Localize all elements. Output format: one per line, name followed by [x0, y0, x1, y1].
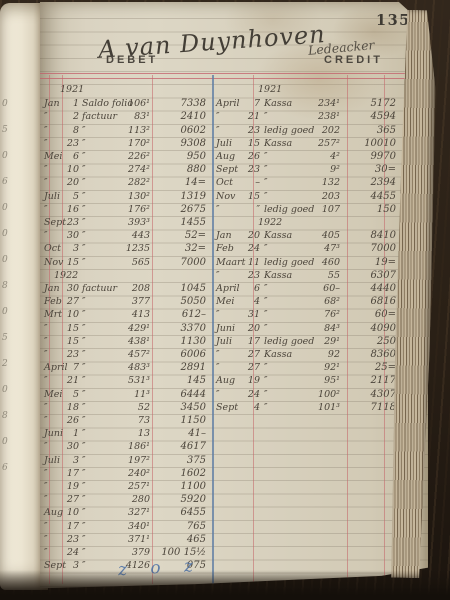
day-cell: 5 [64, 390, 79, 400]
day-cell: 4 [246, 403, 260, 413]
month-cell: Feb [216, 244, 250, 254]
description-cell: ″ [264, 178, 268, 188]
amount-cell: 1100 [148, 482, 206, 492]
spine-edge-digit: 8 [2, 281, 16, 291]
folio-cell: 565 [98, 258, 150, 268]
description-cell: ″ [264, 363, 268, 373]
description-cell: ″ [82, 218, 86, 228]
description-cell: ″ [82, 508, 86, 518]
description-cell: ″ [82, 350, 86, 360]
spine-edge-digit: 6 [2, 463, 16, 473]
description-cell: Kassa [264, 350, 292, 360]
header-rule-top [40, 73, 428, 74]
credit-column-label: CREDIT [324, 54, 383, 66]
amount-cell: 6006 [148, 350, 206, 360]
ledger-row: Juni1″1341– [42, 426, 212, 439]
day-cell: 23 [246, 271, 260, 281]
day-cell: 10 [64, 508, 79, 518]
description-cell: ″ [82, 363, 86, 373]
description-cell: ″ [82, 495, 86, 505]
description-cell: ″ [264, 310, 268, 320]
description-cell: ″ [82, 456, 86, 466]
description-cell: ″ [82, 310, 86, 320]
spine-edge-digit: 6 [2, 177, 16, 187]
amount-cell: 7000 [340, 244, 396, 254]
folio-cell: 413 [98, 310, 150, 320]
day-cell: ″ [246, 205, 260, 215]
description-cell: ″ [82, 178, 86, 188]
amount-cell: 0602 [148, 126, 206, 136]
amount-cell: 7118 [340, 403, 396, 413]
amount-cell: 9308 [148, 139, 206, 149]
day-cell: 23 [64, 139, 79, 149]
ledger-row: Jan1Saldo folio106¹7338 [42, 96, 212, 109]
amount-cell: 7338 [148, 99, 206, 109]
day-cell: 27 [246, 363, 260, 373]
folio-cell: 132 [294, 178, 340, 188]
debet-year-label: 1921 [60, 84, 84, 95]
folio-cell: 429¹ [98, 324, 150, 334]
day-cell: – [246, 178, 260, 188]
day-cell: 15 [246, 192, 260, 202]
ledger-row: Nov15″5657000 [42, 254, 212, 267]
month-cell: ″ [216, 205, 250, 215]
ledger-row: ″″ledig goed107150 [212, 202, 398, 215]
month-cell: Jan [216, 231, 250, 241]
day-cell: 6 [246, 284, 260, 294]
amount-cell: 1150 [148, 416, 206, 426]
day-cell: 20 [246, 324, 260, 334]
folio-cell: 106¹ [98, 99, 150, 109]
day-cell: 30 [64, 284, 79, 294]
amount-cell: 250 [340, 337, 396, 347]
folio-cell: 460 [294, 258, 340, 268]
ledger-row: Oct–″1322394 [212, 175, 398, 188]
day-cell: 17 [246, 337, 260, 347]
folio-cell: 240² [98, 469, 150, 479]
day-cell: 3 [64, 244, 79, 254]
folio-cell: 101³ [294, 403, 340, 413]
amount-cell: 52= [148, 231, 206, 241]
amount-cell: 612– [148, 310, 206, 320]
ledger-row: April7″483³2891 [42, 360, 212, 373]
description-cell: ″ [264, 152, 268, 162]
page-number: 135 [376, 12, 411, 29]
month-cell: Nov [216, 192, 250, 202]
spine-edge-digit: 0 [2, 99, 16, 109]
folio-cell: 438¹ [98, 337, 150, 347]
folio-cell: 9² [294, 165, 340, 175]
folio-cell: 208 [98, 284, 150, 294]
ledger-row: Mei4″68²6816 [212, 294, 398, 307]
folio-cell: 55 [294, 271, 340, 281]
folio-cell: 238¹ [294, 112, 340, 122]
ledger-row: April6″60–4440 [212, 281, 398, 294]
folio-cell: 95¹ [294, 376, 340, 386]
spine-edge-digit: 8 [2, 411, 16, 421]
ledger-row: Aug26″4²9970 [212, 149, 398, 162]
description-cell: ″ [82, 376, 86, 386]
ledger-row: Maart11ledig goed46019= [212, 254, 398, 267]
folio-cell: 76² [294, 310, 340, 320]
ledger-row: Aug10″327¹6455 [42, 505, 212, 518]
month-cell: ″ [216, 126, 250, 136]
amount-cell: 465 [148, 535, 206, 545]
amount-cell: 2394 [340, 178, 396, 188]
spine-edge-digit: 0 [2, 203, 16, 213]
month-cell: ″ [216, 271, 250, 281]
folio-cell: 257¹ [98, 482, 150, 492]
description-cell: ″ [82, 416, 86, 426]
day-cell: 27 [64, 495, 79, 505]
month-cell: Maart [216, 258, 250, 268]
folio-cell: 186¹ [98, 442, 150, 452]
day-cell: 17 [64, 469, 79, 479]
amount-cell: 1319 [148, 192, 206, 202]
day-cell: 26 [246, 152, 260, 162]
ledger-row: ″21″238¹4594 [212, 109, 398, 122]
description-cell: ″ [82, 258, 86, 268]
folio-cell: 11³ [98, 390, 150, 400]
day-cell: 5 [64, 192, 79, 202]
description-cell: ″ [264, 284, 268, 294]
ledger-row: ″18″523450 [42, 400, 212, 413]
ledger-row: Sept23″9²30= [212, 162, 398, 175]
ledger-row: ″23″371¹465 [42, 532, 212, 545]
ledger-photo: 050600080520806 135 A van Duynhoven Lede… [0, 0, 450, 600]
spine-edge-digit: 5 [2, 125, 16, 135]
day-cell: 19 [246, 376, 260, 386]
amount-cell: 5172 [340, 99, 396, 109]
description-cell: ″ [82, 469, 86, 479]
folio-cell: 60– [294, 284, 340, 294]
ledger-row: ″23″170²9308 [42, 136, 212, 149]
amount-cell: 2891 [148, 363, 206, 373]
amount-cell: 2410 [148, 112, 206, 122]
description-cell: ″ [82, 390, 86, 400]
ledger-row: ″19″257¹1100 [42, 479, 212, 492]
day-cell: 23 [64, 218, 79, 228]
description-cell: Kassa [264, 231, 292, 241]
day-cell: 27 [64, 297, 79, 307]
folio-cell: 443 [98, 231, 150, 241]
ledger-row: Sept4″101³7118 [212, 400, 398, 413]
folio-cell: 457² [98, 350, 150, 360]
day-cell: 10 [64, 165, 79, 175]
amount-cell: 375 [148, 456, 206, 466]
month-cell: Aug [216, 152, 250, 162]
day-cell: 27 [246, 350, 260, 360]
amount-cell: 7000 [148, 258, 206, 268]
description-cell: ″ [264, 112, 268, 122]
folio-cell: 226² [98, 152, 150, 162]
day-cell: 10 [64, 310, 79, 320]
amount-cell: 2675 [148, 205, 206, 215]
description-cell: ″ [264, 390, 268, 400]
credit-year-label: 1921 [258, 84, 282, 95]
folio-cell: 327¹ [98, 508, 150, 518]
day-cell: 26 [64, 416, 79, 426]
description-cell: ″ [264, 244, 268, 254]
day-cell: 21 [246, 112, 260, 122]
ledger-row: Juli5″130²1319 [42, 188, 212, 201]
description-cell: ″ [264, 324, 268, 334]
amount-cell: 1045 [148, 284, 206, 294]
ledger-row: ″27Kassa928360 [212, 347, 398, 360]
amount-cell: 8410 [340, 231, 396, 241]
amount-cell: 6816 [340, 297, 396, 307]
amount-cell: 5920 [148, 495, 206, 505]
month-cell: April [216, 284, 250, 294]
folio-cell: 47³ [294, 244, 340, 254]
ledger-row: ″15″438¹1130 [42, 334, 212, 347]
description-cell: ″ [264, 297, 268, 307]
folio-cell: 83¹ [98, 112, 150, 122]
folio-cell: 130² [98, 192, 150, 202]
folio-cell: 107 [294, 205, 340, 215]
spine-edge-digit: 5 [2, 333, 16, 343]
ledger-row: ″17″240²1602 [42, 466, 212, 479]
folio-cell: 68² [294, 297, 340, 307]
amount-cell: 4594 [340, 112, 396, 122]
folio-cell: 377 [98, 297, 150, 307]
description-cell: ″ [264, 376, 268, 386]
folio-cell: 1235 [98, 244, 150, 254]
header-rule-bottom [40, 78, 428, 79]
amount-cell: 4617 [148, 442, 206, 452]
month-cell: Mei [216, 297, 250, 307]
month-cell: ″ [216, 390, 250, 400]
ledger-row: Juli17ledig goed29¹250 [212, 334, 398, 347]
amount-cell: 4307 [340, 390, 396, 400]
amount-cell: 950 [148, 152, 206, 162]
amount-cell: 4455 [340, 192, 396, 202]
day-cell: 30 [64, 231, 79, 241]
amount-cell: 150 [340, 205, 396, 215]
amount-cell: 32= [148, 244, 206, 254]
description-cell: ″ [82, 482, 86, 492]
day-cell: 23 [246, 126, 260, 136]
day-cell: 24 [64, 548, 79, 558]
day-cell: 24 [246, 244, 260, 254]
ledger-row: Oct3″123532= [42, 241, 212, 254]
spine-edge-digit: 0 [2, 385, 16, 395]
ledger-row: ″31″76²60= [212, 307, 398, 320]
day-cell: 23 [64, 535, 79, 545]
folio-cell: 197² [98, 456, 150, 466]
month-cell: Aug [216, 376, 250, 386]
folio-cell: 100² [294, 390, 340, 400]
folio-cell: 4² [294, 152, 340, 162]
day-cell: 8 [64, 126, 79, 136]
day-cell: 20 [246, 231, 260, 241]
description-cell: ″ [264, 192, 268, 202]
description-cell: ″ [82, 205, 86, 215]
folio-cell: 92¹ [294, 363, 340, 373]
day-cell: 3 [64, 456, 79, 466]
description-cell: ″ [82, 429, 86, 439]
year-label: 1922 [54, 271, 78, 281]
ledger-row: ″21″531³145 [42, 373, 212, 386]
ledger-row: ″30″44352= [42, 228, 212, 241]
description-cell: ″ [82, 192, 86, 202]
spine-edge-digit: 0 [2, 437, 16, 447]
ledger-row: ″26″731150 [42, 413, 212, 426]
day-cell: 20 [64, 178, 79, 188]
ledger-row: Sept23″393³1455 [42, 215, 212, 228]
spine-edge-digit: 2 [2, 359, 16, 369]
day-cell: 15 [64, 337, 79, 347]
amount-cell: 6444 [148, 390, 206, 400]
folio-cell: 531³ [98, 376, 150, 386]
folio-cell: 176² [98, 205, 150, 215]
description-cell: ″ [82, 522, 86, 532]
amount-cell: 5050 [148, 297, 206, 307]
ledger-row: ″16″176²2675 [42, 202, 212, 215]
folio-cell: 92 [294, 350, 340, 360]
ledger-row: ″23″457²6006 [42, 347, 212, 360]
description-cell: Kassa [264, 99, 292, 109]
ledger-row: Juli3″197²375 [42, 452, 212, 465]
month-cell: ″ [216, 350, 250, 360]
month-cell: Sept [216, 403, 250, 413]
spine-edge-digit: 0 [2, 255, 16, 265]
ledger-row: ″17″340¹765 [42, 518, 212, 531]
amount-cell: 14= [148, 178, 206, 188]
description-cell: Kassa [264, 139, 292, 149]
description-cell: ″ [82, 403, 86, 413]
amount-cell: 4090 [340, 324, 396, 334]
amount-cell: 8360 [340, 350, 396, 360]
month-cell: Juli [216, 337, 250, 347]
day-cell: 15 [246, 139, 260, 149]
amount-cell: 3450 [148, 403, 206, 413]
ledger-row: Juni20″84³4090 [212, 320, 398, 333]
day-cell: 15 [64, 258, 79, 268]
day-cell: 6 [64, 152, 79, 162]
folio-cell: 202 [294, 126, 340, 136]
day-cell: 18 [64, 403, 79, 413]
description-cell: ″ [82, 165, 86, 175]
description-cell: ″ [82, 324, 86, 334]
amount-cell: 1602 [148, 469, 206, 479]
spine-edge-digit: 0 [2, 307, 16, 317]
day-cell: 4 [246, 297, 260, 307]
folio-cell: 84³ [294, 324, 340, 334]
folio-cell: 274² [98, 165, 150, 175]
ledger-row: Juli15Kassa257²10010 [212, 136, 398, 149]
ledger-year-row: 1922 [212, 215, 398, 228]
ledger-row: ″15″429¹3370 [42, 320, 212, 333]
description-cell: ″ [82, 126, 86, 136]
description-cell: ″ [82, 548, 86, 558]
debet-column-label: DEBET [106, 54, 158, 66]
ledger-row: Nov15″2034455 [212, 188, 398, 201]
ledger-row: ″27″2805920 [42, 492, 212, 505]
folio-cell: 371¹ [98, 535, 150, 545]
amount-cell: 145 [148, 376, 206, 386]
ledger-row: Mei6″226²950 [42, 149, 212, 162]
day-cell: 21 [64, 376, 79, 386]
folio-cell: 340¹ [98, 522, 150, 532]
folio-cell: 282² [98, 178, 150, 188]
folio-cell: 393³ [98, 218, 150, 228]
ledger-row: ″23Kassa556307 [212, 268, 398, 281]
day-cell: 30 [64, 442, 79, 452]
folio-cell: 52 [98, 403, 150, 413]
description-cell: Kassa [264, 271, 292, 281]
description-cell: ″ [82, 337, 86, 347]
amount-cell: 30= [340, 165, 396, 175]
month-cell: ″ [216, 363, 250, 373]
ledger-row: ″10″274²880 [42, 162, 212, 175]
amount-cell: 4440 [340, 284, 396, 294]
folio-cell: 170² [98, 139, 150, 149]
amount-cell: 19= [340, 258, 396, 268]
month-cell: ″ [216, 310, 250, 320]
ledger-row: ″30″186¹4617 [42, 439, 212, 452]
amount-cell: 365 [340, 126, 396, 136]
day-cell: 15 [64, 324, 79, 334]
folio-cell: 234¹ [294, 99, 340, 109]
description-cell: ″ [264, 403, 268, 413]
ledger-row: ″2factuur83¹2410 [42, 109, 212, 122]
folio-cell: 405 [294, 231, 340, 241]
amount-cell: 3370 [148, 324, 206, 334]
folio-cell: 113² [98, 126, 150, 136]
day-cell: 7 [246, 99, 260, 109]
ledger-row: ″23ledig goed202365 [212, 122, 398, 135]
amount-cell: 1130 [148, 337, 206, 347]
ledger-row: April7Kassa234¹5172 [212, 96, 398, 109]
amount-cell: 765 [148, 522, 206, 532]
amount-cell: 9970 [340, 152, 396, 162]
day-cell: 1 [64, 429, 79, 439]
folio-cell: 379 [98, 548, 150, 558]
ledger-year-row: 1922 [42, 268, 212, 281]
amount-cell: 6307 [340, 271, 396, 281]
day-cell: 31 [246, 310, 260, 320]
day-cell: 19 [64, 482, 79, 492]
year-label: 1922 [258, 218, 282, 228]
amount-cell: 60= [340, 310, 396, 320]
description-cell: ″ [82, 231, 86, 241]
amount-cell: 880 [148, 165, 206, 175]
ledger-row: Aug19″95¹2117 [212, 373, 398, 386]
folio-cell: 280 [98, 495, 150, 505]
description-cell: ″ [82, 152, 86, 162]
ledger-row: ″27″92¹25= [212, 360, 398, 373]
day-cell: 23 [246, 165, 260, 175]
description-cell: ″ [264, 165, 268, 175]
day-cell: 2 [64, 112, 79, 122]
day-cell: 7 [64, 363, 79, 373]
month-cell: Oct [216, 178, 250, 188]
folio-cell: 483³ [98, 363, 150, 373]
description-cell: ″ [82, 244, 86, 254]
folio-cell: 13 [98, 429, 150, 439]
amount-cell: 6455 [148, 508, 206, 518]
amount-cell: 2117 [340, 376, 396, 386]
day-cell: 1 [64, 99, 79, 109]
ledger-row: Jan30factuur2081045 [42, 281, 212, 294]
ledger-row: Mrt10″413612– [42, 307, 212, 320]
bottom-shadow [0, 570, 450, 600]
spine-edge-digit: 0 [2, 229, 16, 239]
ledger-row: Jan20Kassa4058410 [212, 228, 398, 241]
month-cell: Juni [216, 324, 250, 334]
description-cell: ″ [82, 442, 86, 452]
